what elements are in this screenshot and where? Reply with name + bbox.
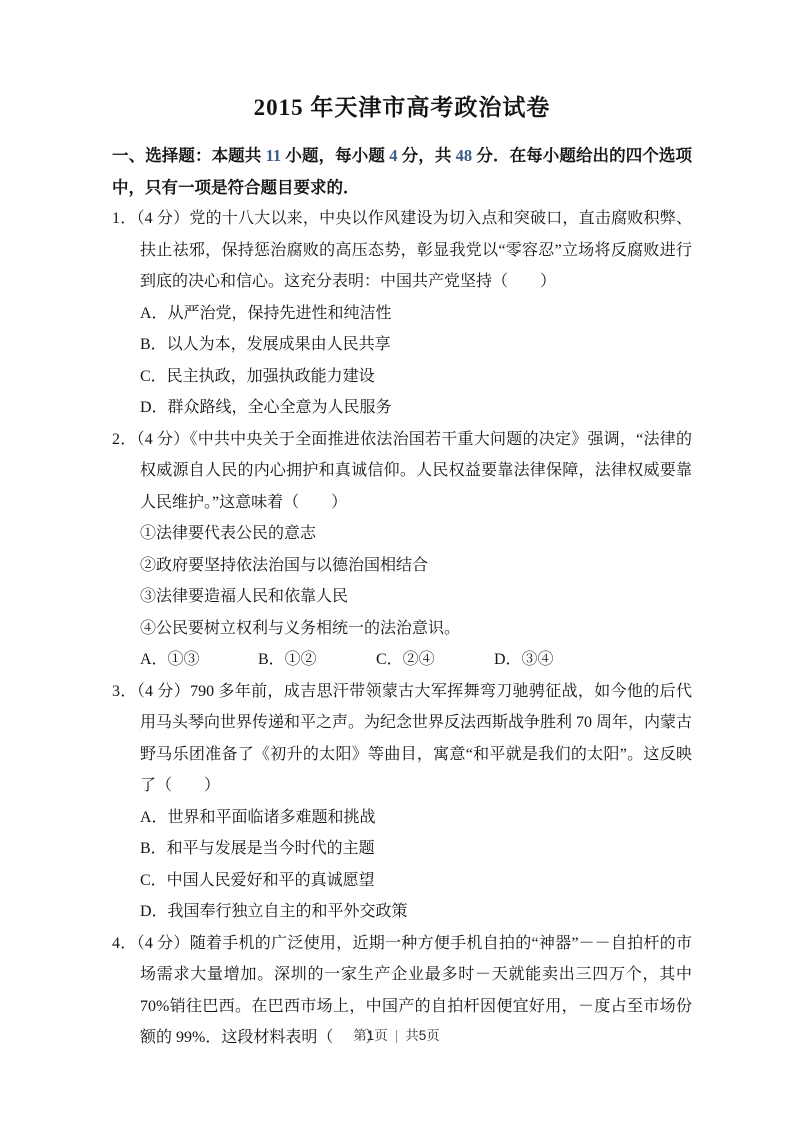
option-a: A．世界和平面临诸多难题和挑战: [112, 802, 692, 834]
question-points: （4 分）: [136, 210, 189, 227]
option-d: D．我国奉行独立自主的和平外交政策: [112, 896, 692, 928]
question-stem: 2．（4 分）《中共中央关于全面推进依法治国若干重大问题的决定》强调，“法律的权…: [112, 424, 692, 519]
section-heading-text: 一、选择题：本题共: [112, 146, 266, 165]
subitem-3: ③法律要造福人民和依靠人民: [112, 581, 692, 613]
question-3: 3．（4 分）790 多年前，成吉思汗带领蒙古大军挥舞弯刀驰骋征战，如今他的后代…: [112, 676, 692, 928]
option-a: A．①③: [140, 644, 258, 676]
page-footer: 第1页|共5页: [0, 1024, 793, 1044]
question-text: 790 多年前，成吉思汗带领蒙古大军挥舞弯刀驰骋征战，如今他的后代用马头琴向世界…: [140, 683, 692, 795]
section-heading: 一、选择题：本题共 11 小题，每小题 4 分，共 48 分．在每小题给出的四个…: [112, 140, 692, 203]
option-c: C．中国人民爱好和平的真诚愿望: [112, 865, 692, 897]
subitem-1: ①法律要代表公民的意志: [112, 518, 692, 550]
option-b: B．以人为本，发展成果由人民共享: [112, 329, 692, 361]
footer-current-page: 第1页: [353, 1028, 388, 1043]
question-points: （4 分）: [137, 683, 190, 700]
question-text: 党的十八大以来，中央以作风建设为切入点和突破口，直击腐败积弊、扶止祛邪，保持惩治…: [140, 210, 692, 290]
question-points: （4 分）: [137, 935, 190, 952]
question-number: 3．: [112, 683, 137, 700]
question-points: （4 分）: [136, 431, 189, 448]
section-heading-text: 分，共: [397, 146, 455, 165]
question-number: 4．: [112, 935, 137, 952]
question-2: 2．（4 分）《中共中央关于全面推进依法治国若干重大问题的决定》强调，“法律的权…: [112, 424, 692, 676]
subitem-2: ②政府要坚持依法治国与以德治国相结合: [112, 550, 692, 582]
section-heading-text: 小题，每小题: [281, 146, 389, 165]
question-number: 2．: [112, 431, 136, 448]
question-1: 1．（4 分）党的十八大以来，中央以作风建设为切入点和突破口，直击腐败积弊、扶止…: [112, 203, 692, 424]
option-d: D．群众路线，全心全意为人民服务: [112, 392, 692, 424]
question-number: 1．: [112, 210, 136, 227]
option-c: C．②④: [376, 644, 494, 676]
footer-total-pages: 共5页: [405, 1028, 440, 1043]
inline-options-row: A．①③ B．①② C．②④ D．③④: [112, 644, 692, 676]
page-title: 2015 年天津市高考政治试卷: [112, 92, 692, 124]
option-b: B．①②: [258, 644, 376, 676]
question-text: 《中共中央关于全面推进依法治国若干重大问题的决定》强调，“法律的权威源自人民的内…: [140, 431, 692, 511]
section-points-total: 48: [456, 146, 473, 165]
option-b: B．和平与发展是当今时代的主题: [112, 833, 692, 865]
exam-content: 2015 年天津市高考政治试卷 一、选择题：本题共 11 小题，每小题 4 分，…: [0, 92, 793, 1054]
subitem-4: ④公民要树立权利与义务相统一的法治意识。: [112, 613, 692, 645]
option-d: D．③④: [494, 644, 554, 676]
exam-page: 2015 年天津市高考政治试卷 一、选择题：本题共 11 小题，每小题 4 分，…: [0, 0, 793, 1122]
option-a: A．从严治党，保持先进性和纯洁性: [112, 298, 692, 330]
question-stem: 3．（4 分）790 多年前，成吉思汗带领蒙古大军挥舞弯刀驰骋征战，如今他的后代…: [112, 676, 692, 802]
question-stem: 1．（4 分）党的十八大以来，中央以作风建设为切入点和突破口，直击腐败积弊、扶止…: [112, 203, 692, 298]
footer-separator: |: [388, 1028, 406, 1043]
section-question-count: 11: [266, 146, 282, 165]
option-c: C．民主执政，加强执政能力建设: [112, 361, 692, 393]
